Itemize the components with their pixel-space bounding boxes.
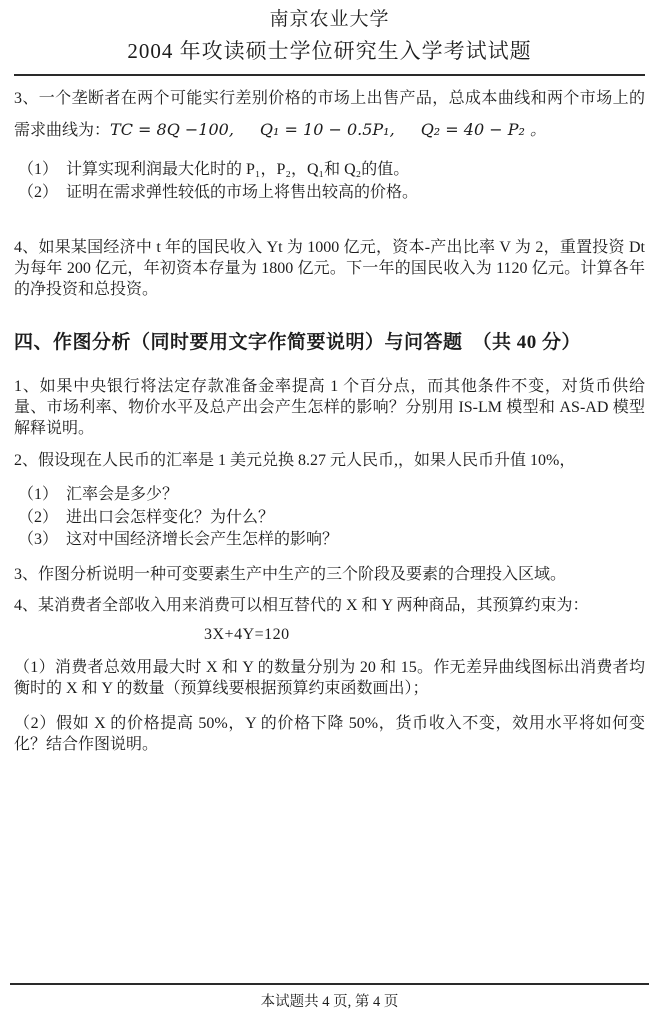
section-4-heading: 四、作图分析（同时要用文字作简要说明）与问答题 （共 40 分）: [14, 327, 645, 354]
section4-question-2: 2、假设现在人民币的汇率是 1 美元兑换 8.27 元人民币,，如果人民币升值 …: [14, 450, 645, 471]
section4-question-2-subitems: （1） 汇率会是多少？ （2） 进出口会怎样变化？为什么？ （3） 这对中国经济…: [14, 484, 645, 552]
budget-constraint-formula: 3X+4Y=120: [204, 626, 645, 644]
formula-total-cost: TC = 8Q −100,: [110, 120, 234, 139]
question-3-subitem-2: （2） 证明在需求弹性较低的市场上将售出较高的价格。: [18, 182, 645, 205]
section4-question-2-subitem-3: （3） 这对中国经济增长会产生怎样的影响？: [18, 529, 645, 552]
formula-demand-2: Q₂ = 40 − P₂ 。: [421, 120, 546, 139]
page-number: 本试题共 4 页, 第 4 页: [0, 990, 659, 1011]
section4-question-3: 3、作图分析说明一种可变要素生产中生产的三个阶段及要素的合理投入区域。: [14, 564, 645, 586]
section4-question-2-subitem-2: （2） 进出口会怎样变化？为什么？: [18, 507, 645, 530]
formula-demand-1: Q₁ = 10 − 0.5P₁,: [260, 120, 395, 139]
section4-question-1: 1、如果中央银行将法定存款准备金率提高 1 个百分点，而其他条件不变，对货币供给…: [14, 376, 645, 439]
section4-question-2-subitem-1: （1） 汇率会是多少？: [18, 484, 645, 507]
question-4: 4、如果某国经济中 t 年的国民收入 Yt 为 1000 亿元，资本-产出比率 …: [14, 237, 645, 300]
question-3-subitem-1: （1） 计算实现利润最大化时的 P₁，P₂，Q₁和 Q₂的值。: [18, 159, 645, 182]
footer-divider: [10, 983, 649, 985]
exam-title: 2004 年攻读硕士学位研究生入学考试试题: [14, 35, 645, 65]
section4-question-4-subitem-2: （2）假如 X 的价格提高 50%，Y 的价格下降 50%，货币收入不变，效用水…: [14, 713, 645, 756]
exam-page: 南京农业大学 2004 年攻读硕士学位研究生入学考试试题 3、一个垄断者在两个可…: [0, 0, 659, 756]
section4-question-4: 4、某消费者全部收入用来消费可以相互替代的 X 和 Y 两种商品，其预算约束为：: [14, 595, 645, 617]
university-name: 南京农业大学: [14, 4, 645, 31]
section4-question-4-subitem-1: （1）消费者总效用最大时 X 和 Y 的数量分别为 20 和 15。作无差异曲线…: [14, 657, 645, 700]
question-3: 3、一个垄断者在两个可能实行差别价格的市场上出售产品，总成本曲线和两个市场上的需…: [14, 83, 645, 146]
question-3-subitems: （1） 计算实现利润最大化时的 P₁，P₂，Q₁和 Q₂的值。 （2） 证明在需…: [14, 159, 645, 204]
header-divider: [14, 74, 645, 76]
